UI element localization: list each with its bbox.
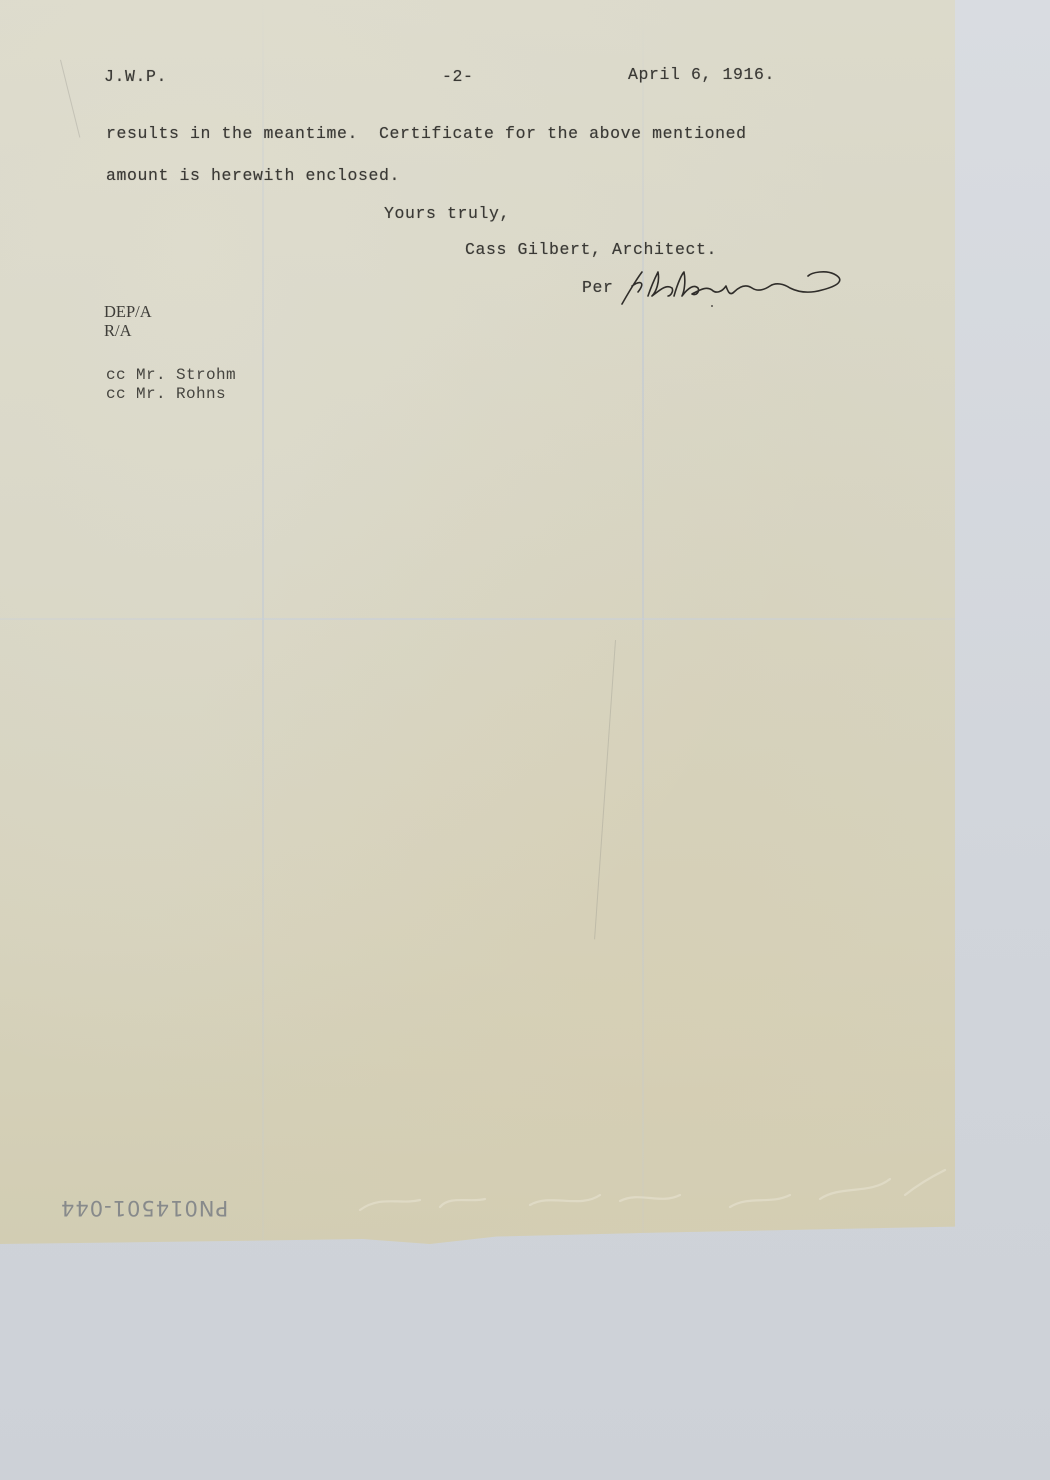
body-line: amount is herewith enclosed. (106, 168, 400, 185)
per-label: Per (582, 280, 614, 297)
cc-recipient: cc Mr. Strohm (106, 366, 236, 385)
paper-crease (60, 60, 80, 138)
closing-salutation: Yours truly, (384, 206, 510, 223)
letter-page: J.W.P. -2- April 6, 1916. results in the… (0, 0, 955, 1244)
body-line: results in the meantime. Certificate for… (106, 126, 747, 143)
archival-pencil-note: PN014501-044 (60, 1196, 228, 1220)
paper-crease (594, 640, 616, 939)
firm-name: Cass Gilbert, Architect. (465, 242, 717, 259)
letter-date: April 6, 1916. (628, 67, 775, 84)
handwritten-signature (612, 262, 852, 312)
fold-line-vertical-left (262, 0, 264, 1244)
fold-line-horizontal (0, 618, 955, 620)
reference-initials: R/A (104, 321, 132, 340)
reference-initials: DEP/A (104, 302, 152, 321)
fold-line-vertical-right (642, 0, 644, 1244)
header-initials: J.W.P. (104, 69, 167, 86)
page-number: -2- (442, 69, 474, 86)
cc-recipient: cc Mr. Rohns (106, 385, 226, 404)
bleed-through-marks (350, 1165, 950, 1225)
